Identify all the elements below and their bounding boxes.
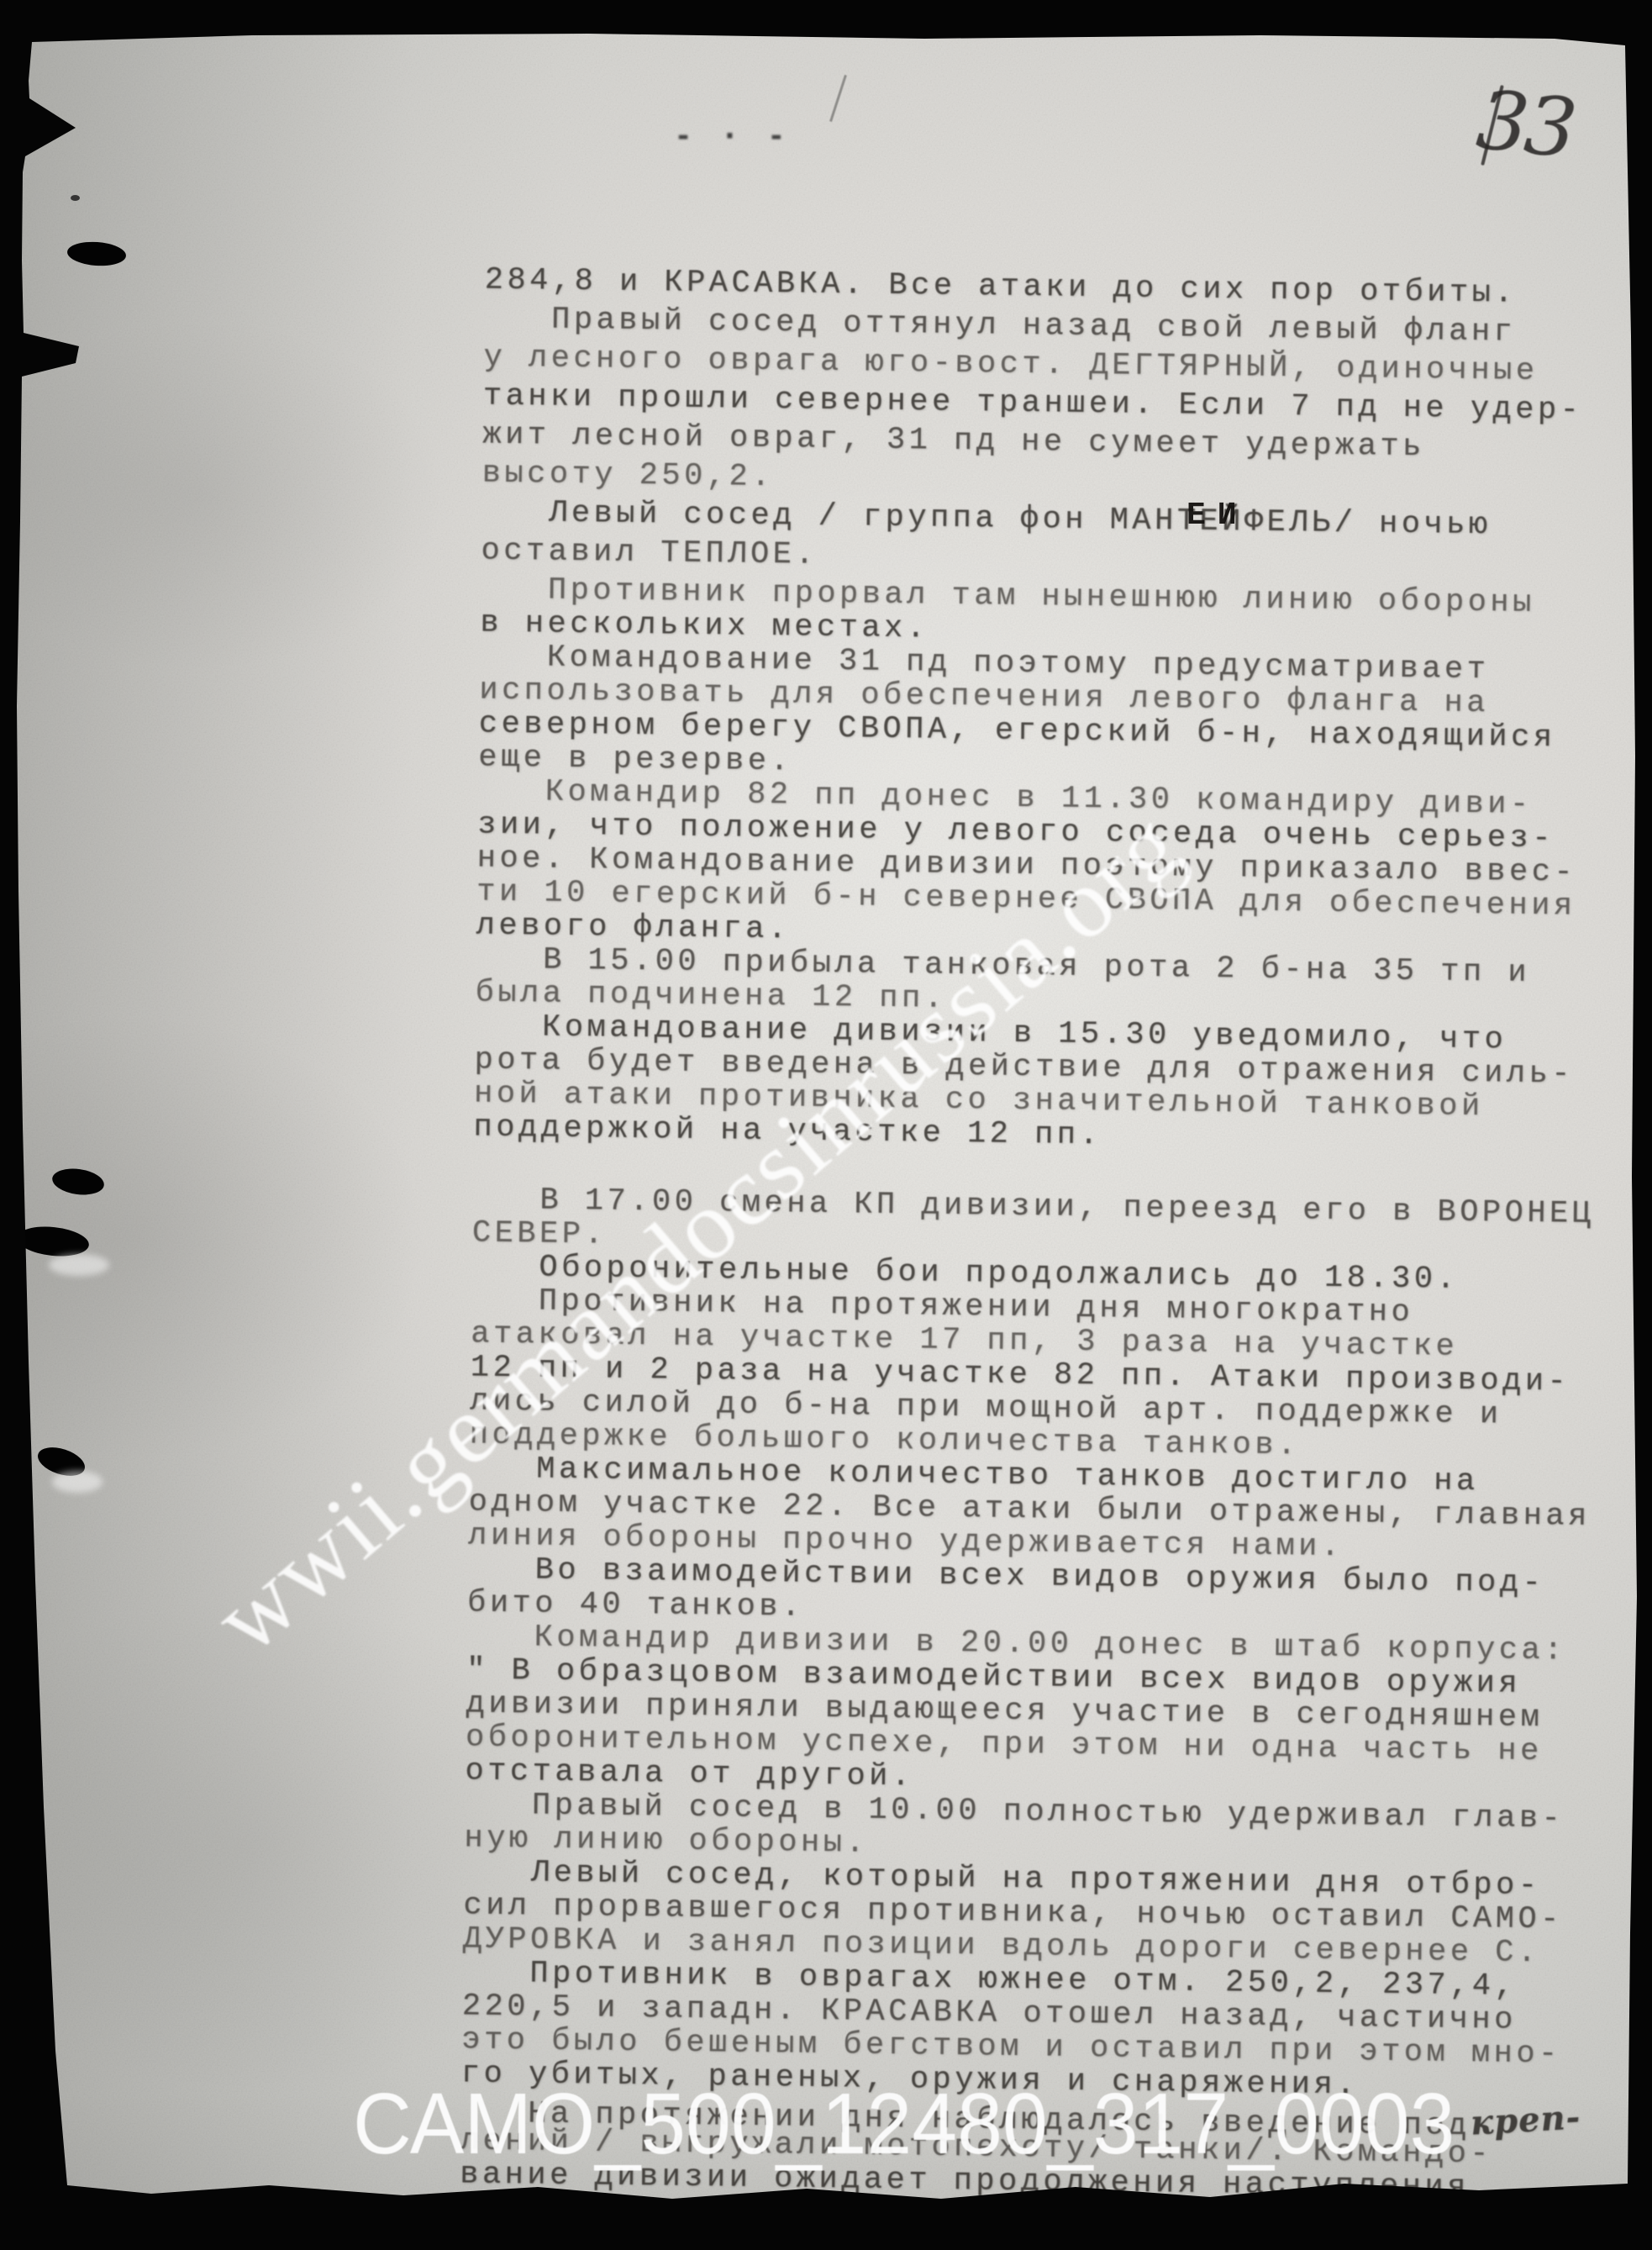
ink-speck	[71, 195, 80, 201]
text-block: 284,8 и КРАСАВКА. Все атаки до сих пор о…	[0, 256, 1652, 2206]
archive-stamp-label: САМО_500_12480_317_0003	[353, 2074, 1455, 2174]
scan-background: { "page": { "mark": "- · -", "handwritte…	[0, 0, 1652, 2250]
page-number-mark: - · -	[677, 119, 795, 153]
handwritten-page-number: 33	[1472, 72, 1577, 176]
document-page: - · - 33 284,8 и КРАСАВКА. Все атаки до …	[0, 0, 1652, 2250]
overstrike-correction: ЕИ	[1186, 498, 1249, 534]
scratch-mark	[829, 75, 847, 122]
